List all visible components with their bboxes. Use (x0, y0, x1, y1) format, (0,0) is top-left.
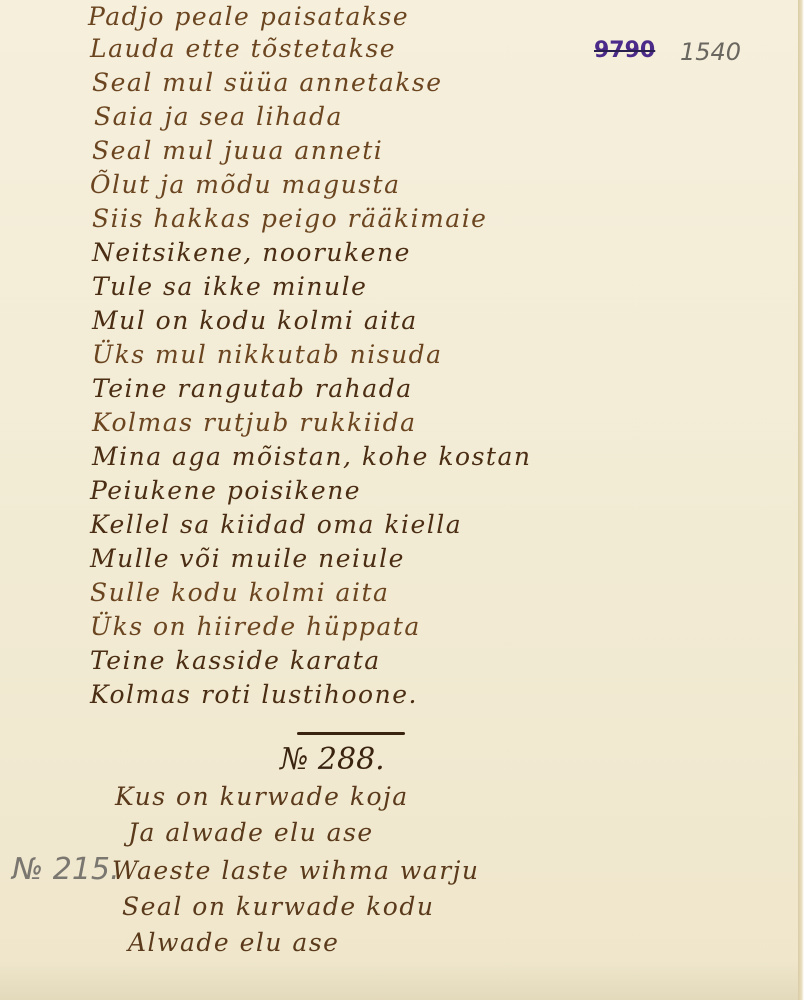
poem-line: Padjo peale paisatakse (88, 2, 409, 31)
poem-line: Sulle kodu kolmi aita (90, 578, 389, 607)
poem-line: Waeste laste wihma warju (112, 856, 480, 885)
poem-line: Seal mul juua anneti (92, 136, 383, 165)
manuscript-page: 9790 1540 Padjo peale paisatakse Lauda e… (0, 0, 799, 1000)
poem-line: Üks mul nikkutab nisuda (92, 340, 443, 369)
poem-line: Lauda ette tõstetakse (90, 34, 396, 63)
poem-line: Mul on kodu kolmi aita (92, 306, 418, 335)
poem-line: Mulle või muile neiule (90, 544, 405, 573)
poem-line: Kolmas roti lustihoone. (90, 680, 418, 709)
page-edge (798, 0, 804, 1000)
poem-line: Mina aga mõistan, kohe kostan (92, 442, 531, 471)
archive-stamp-number: 9790 (594, 38, 655, 63)
section-divider (297, 732, 405, 735)
poem-line: Õlut ja mõdu magusta (90, 170, 401, 199)
section-heading: № 288. (280, 742, 385, 777)
poem-line: Saia ja sea lihada (94, 102, 343, 131)
poem-line: Kolmas rutjub rukkiida (92, 408, 417, 437)
margin-number: № 215. (12, 852, 120, 887)
poem-line: Kellel sa kiidad oma kiella (90, 510, 462, 539)
poem-line: Teine kasside karata (90, 646, 381, 675)
poem-line: Ja alwade elu ase (128, 818, 374, 847)
poem-line: Peiukene poisikene (90, 476, 361, 505)
poem-line: Üks on hiirede hüppata (90, 612, 421, 641)
page-shadow (0, 960, 798, 1000)
poem-line: Kus on kurwade koja (115, 782, 409, 811)
pencil-page-number: 1540 (680, 38, 741, 66)
poem-line: Tule sa ikke minule (92, 272, 367, 301)
poem-line: Neitsikene, noorukene (92, 238, 411, 267)
poem-line: Siis hakkas peigo rääkimaie (92, 204, 487, 233)
poem-line: Seal mul süüa annetakse (92, 68, 443, 97)
poem-line: Seal on kurwade kodu (122, 892, 434, 921)
poem-line: Teine rangutab rahada (92, 374, 413, 403)
poem-line: Alwade elu ase (128, 928, 339, 957)
